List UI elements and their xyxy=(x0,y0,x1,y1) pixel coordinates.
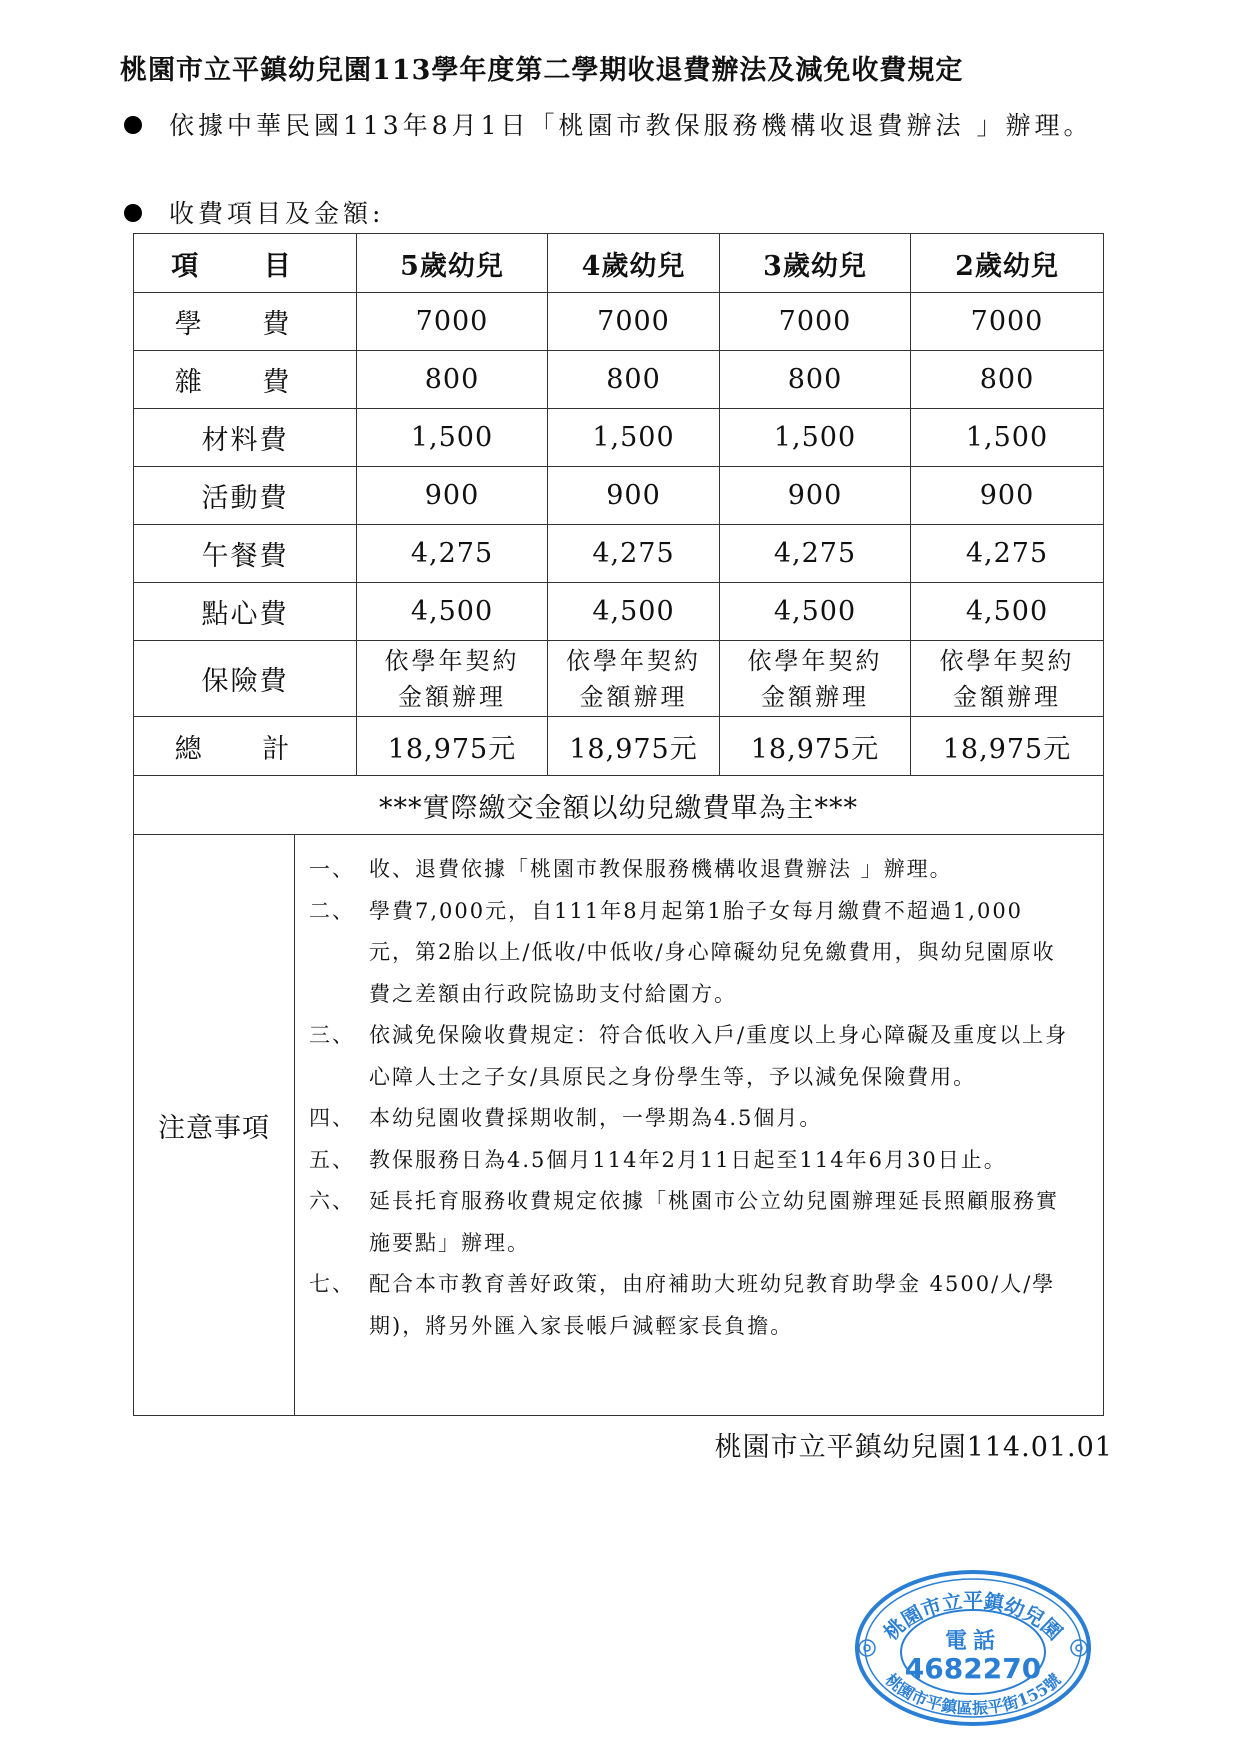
cell-value: 900 xyxy=(720,467,911,525)
note-text: 本幼兒園收費採期收制，一學期為4.5個月。 xyxy=(369,1098,1069,1140)
table-row-insurance: 保險費 依學年契約金額辦理 依學年契約金額辦理 依學年契約金額辦理 依學年契約金… xyxy=(134,641,1104,717)
cell-value: 4,275 xyxy=(357,525,548,583)
cell-value: 4,275 xyxy=(911,525,1104,583)
note-number: 七、 xyxy=(309,1264,369,1347)
cell-value: 1,500 xyxy=(720,409,911,467)
notice-row: ***實際繳交金額以幼兒繳費單為主*** xyxy=(134,776,1104,835)
note-item: 四、本幼兒園收費採期收制，一學期為4.5個月。 xyxy=(309,1098,1103,1140)
plum-blossom-icon xyxy=(859,1640,875,1656)
cell-total: 18,975元 xyxy=(720,717,911,776)
row-label: 活動費 xyxy=(134,467,357,525)
row-label: 總 計 xyxy=(134,717,357,776)
table-row: 材料費 1,500 1,500 1,500 1,500 xyxy=(134,409,1104,467)
row-label: 材料費 xyxy=(134,409,357,467)
stamp-phone: 4682270 xyxy=(905,1652,1041,1685)
note-number: 三、 xyxy=(309,1015,369,1098)
cell-value: 7000 xyxy=(720,293,911,351)
plum-blossom-icon xyxy=(1071,1640,1087,1656)
cell-value: 900 xyxy=(911,467,1104,525)
table-row: 雜 費 800 800 800 800 xyxy=(134,351,1104,409)
bullet-dot-icon xyxy=(124,116,142,134)
cell-line: 金額辦理 xyxy=(548,679,719,715)
cell-line: 依學年契約 xyxy=(720,643,910,679)
note-item: 三、依減免保險收費規定：符合低收入戶/重度以上身心障礙及重度以上身心障人士之子女… xyxy=(309,1015,1103,1098)
header-age-5: 5歲幼兒 xyxy=(357,234,548,293)
cell-line: 金額辦理 xyxy=(720,679,910,715)
cell-total: 18,975元 xyxy=(911,717,1104,776)
document-title: 桃園市立平鎮幼兒園113學年度第二學期收退費辦法及減免收費規定 xyxy=(120,48,1130,87)
cell-line: 依學年契約 xyxy=(911,643,1103,679)
note-text: 學費7,000元，自111年8月起第1胎子女每月繳費不超過1,000元，第2胎以… xyxy=(369,891,1069,1016)
cell-value: 900 xyxy=(548,467,720,525)
cell-total: 18,975元 xyxy=(548,717,720,776)
bullet-legal-basis: 依據中華民國113年8月1日「桃園市教保服務機構收退費辦法 」辦理。 xyxy=(124,104,1109,148)
cell-line: 金額辦理 xyxy=(911,679,1103,715)
row-label: 學 費 xyxy=(134,293,357,351)
table-row: 午餐費 4,275 4,275 4,275 4,275 xyxy=(134,525,1104,583)
cell-value: 4,275 xyxy=(548,525,720,583)
notes-list: 一、收、退費依據「桃園市教保服務機構收退費辦法 」辦理。 二、學費7,000元，… xyxy=(295,835,1104,1416)
cell-total: 18,975元 xyxy=(357,717,548,776)
table-row: 點心費 4,500 4,500 4,500 4,500 xyxy=(134,583,1104,641)
school-seal-stamp: 桃園市立平鎮幼兒園 桃園市平鎮區振平街155號 電話 4682270 xyxy=(853,1568,1093,1728)
cell-value: 依學年契約金額辦理 xyxy=(357,641,548,717)
note-text: 配合本市教育善好政策，由府補助大班幼兒教育助學金 4500/人/學期)，將另外匯… xyxy=(369,1264,1069,1347)
cell-line: 依學年契約 xyxy=(548,643,719,679)
cell-value: 4,500 xyxy=(720,583,911,641)
bullet-fee-items: 收費項目及金額: xyxy=(124,192,1109,236)
cell-value: 900 xyxy=(357,467,548,525)
note-item: 五、教保服務日為4.5個月114年2月11日起至114年6月30日止。 xyxy=(309,1140,1103,1182)
note-number: 二、 xyxy=(309,891,369,1016)
note-text: 依減免保險收費規定：符合低收入戶/重度以上身心障礙及重度以上身心障人士之子女/具… xyxy=(369,1015,1069,1098)
row-label: 午餐費 xyxy=(134,525,357,583)
note-number: 六、 xyxy=(309,1181,369,1264)
header-age-3: 3歲幼兒 xyxy=(720,234,911,293)
cell-value: 7000 xyxy=(357,293,548,351)
cell-value: 800 xyxy=(357,351,548,409)
footer-signature-date: 桃園市立平鎮幼兒園114.01.01 xyxy=(715,1425,1113,1464)
notes-row: 注意事項 一、收、退費依據「桃園市教保服務機構收退費辦法 」辦理。 二、學費7,… xyxy=(134,835,1104,1416)
cell-line: 金額辦理 xyxy=(357,679,547,715)
table-row: 學 費 7000 7000 7000 7000 xyxy=(134,293,1104,351)
bullet-text: 依據中華民國113年8月1日「桃園市教保服務機構收退費辦法 」辦理。 xyxy=(169,104,1109,148)
row-label: 保險費 xyxy=(134,641,357,717)
notes-label: 注意事項 xyxy=(134,835,295,1416)
cell-value: 4,500 xyxy=(357,583,548,641)
cell-value: 1,500 xyxy=(357,409,548,467)
note-text: 延長托育服務收費規定依據「桃園市公立幼兒園辦理延長照顧服務實施要點」辦理。 xyxy=(369,1181,1069,1264)
payment-notice: ***實際繳交金額以幼兒繳費單為主*** xyxy=(134,776,1104,835)
cell-value: 7000 xyxy=(911,293,1104,351)
header-age-2: 2歲幼兒 xyxy=(911,234,1104,293)
cell-value: 7000 xyxy=(548,293,720,351)
cell-value: 依學年契約金額辦理 xyxy=(911,641,1104,717)
note-text: 收、退費依據「桃園市教保服務機構收退費辦法 」辦理。 xyxy=(369,849,1069,891)
note-number: 一、 xyxy=(309,849,369,891)
header-age-4: 4歲幼兒 xyxy=(548,234,720,293)
table-row: 活動費 900 900 900 900 xyxy=(134,467,1104,525)
row-label: 雜 費 xyxy=(134,351,357,409)
note-item: 七、配合本市教育善好政策，由府補助大班幼兒教育助學金 4500/人/學期)，將另… xyxy=(309,1264,1103,1347)
cell-value: 1,500 xyxy=(911,409,1104,467)
bullet-text: 收費項目及金額: xyxy=(169,192,1109,236)
header-item: 項 目 xyxy=(134,234,357,293)
cell-value: 800 xyxy=(548,351,720,409)
note-number: 四、 xyxy=(309,1098,369,1140)
table-row-total: 總 計 18,975元 18,975元 18,975元 18,975元 xyxy=(134,717,1104,776)
note-item: 一、收、退費依據「桃園市教保服務機構收退費辦法 」辦理。 xyxy=(309,849,1103,891)
cell-line: 依學年契約 xyxy=(357,643,547,679)
stamp-center-label: 電話 xyxy=(945,1628,1001,1654)
cell-value: 800 xyxy=(720,351,911,409)
cell-value: 800 xyxy=(911,351,1104,409)
cell-value: 依學年契約金額辦理 xyxy=(548,641,720,717)
row-label: 點心費 xyxy=(134,583,357,641)
bullet-dot-icon xyxy=(124,204,142,222)
note-item: 二、學費7,000元，自111年8月起第1胎子女每月繳費不超過1,000元，第2… xyxy=(309,891,1103,1016)
note-item: 六、延長托育服務收費規定依據「桃園市公立幼兒園辦理延長照顧服務實施要點」辦理。 xyxy=(309,1181,1103,1264)
table-header-row: 項 目 5歲幼兒 4歲幼兒 3歲幼兒 2歲幼兒 xyxy=(134,234,1104,293)
cell-value: 1,500 xyxy=(548,409,720,467)
note-text: 教保服務日為4.5個月114年2月11日起至114年6月30日止。 xyxy=(369,1140,1069,1182)
cell-value: 依學年契約金額辦理 xyxy=(720,641,911,717)
cell-value: 4,500 xyxy=(911,583,1104,641)
fee-table: 項 目 5歲幼兒 4歲幼兒 3歲幼兒 2歲幼兒 學 費 7000 7000 70… xyxy=(133,233,1104,1416)
cell-value: 4,275 xyxy=(720,525,911,583)
note-number: 五、 xyxy=(309,1140,369,1182)
cell-value: 4,500 xyxy=(548,583,720,641)
